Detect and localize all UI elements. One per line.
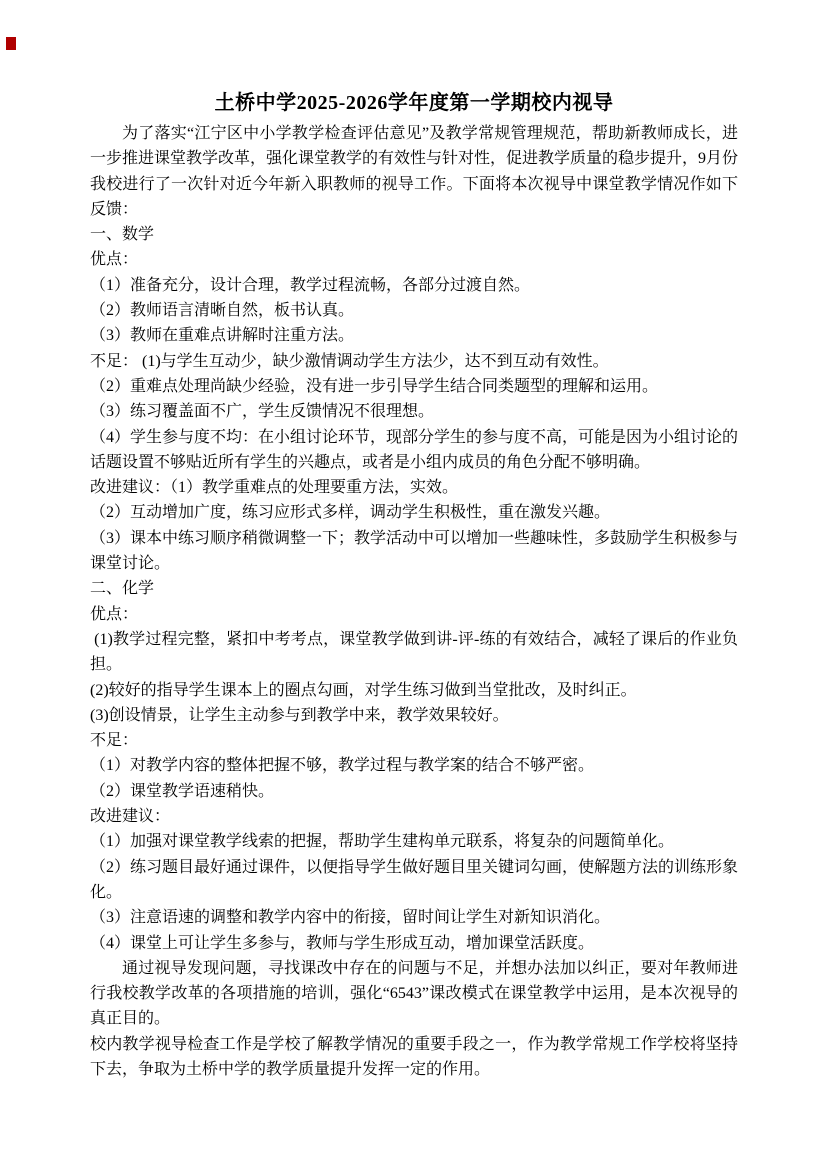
paragraph: 二、化学 bbox=[90, 576, 738, 601]
paragraph: 优点： bbox=[90, 602, 738, 627]
paragraph: 一、数学 bbox=[90, 222, 738, 247]
paragraph: 校内教学视导检查工作是学校了解教学情况的重要手段之一，作为教学常规工作学校将坚持… bbox=[90, 1032, 738, 1083]
document-body: 为了落实“江宁区中小学教学检查评估意见”及教学常规管理规范，帮助新教师成长，进一… bbox=[90, 121, 738, 1082]
paragraph: 改进建议：（1）教学重难点的处理要重方法，实效。 bbox=[90, 475, 738, 500]
paragraph: （4）学生参与度不均：在小组讨论环节，现部分学生的参与度不高，可能是因为小组讨论… bbox=[90, 425, 738, 476]
paragraph: 不足： bbox=[90, 728, 738, 753]
paragraph: (3)创设情景，让学生主动参与到教学中来，教学效果较好。 bbox=[90, 703, 738, 728]
paragraph: （4）课堂上可让学生多参与，教师与学生形成互动，增加课堂活跃度。 bbox=[90, 931, 738, 956]
paragraph: （2）教师语言清晰自然，板书认真。 bbox=[90, 298, 738, 323]
paragraph: （3）教师在重难点讲解时注重方法。 bbox=[90, 323, 738, 348]
paragraph: 通过视导发现问题，寻找课改中存在的问题与不足，并想办法加以纠正，要对年教师进行我… bbox=[90, 956, 738, 1032]
paragraph: （3）练习覆盖面不广，学生反馈情况不很理想。 bbox=[90, 399, 738, 424]
document-title: 土桥中学2025-2026学年度第一学期校内视导 bbox=[90, 90, 738, 117]
paragraph: （1）准备充分，设计合理，教学过程流畅，各部分过渡自然。 bbox=[90, 273, 738, 298]
paragraph: (2)较好的指导学生课本上的圈点勾画，对学生练习做到当堂批改，及时纠正。 bbox=[90, 678, 738, 703]
paragraph: （3）注意语速的调整和教学内容中的衔接，留时间让学生对新知识消化。 bbox=[90, 905, 738, 930]
paragraph: 为了落实“江宁区中小学教学检查评估意见”及教学常规管理规范，帮助新教师成长，进一… bbox=[90, 121, 738, 222]
paragraph: （3）课本中练习顺序稍微调整一下；教学活动中可以增加一些趣味性，多鼓励学生积极参… bbox=[90, 526, 738, 577]
paragraph: （1）对教学内容的整体把握不够，教学过程与教学案的结合不够严密。 bbox=[90, 753, 738, 778]
paragraph: （2）互动增加广度，练习应形式多样，调动学生积极性，重在激发兴趣。 bbox=[90, 500, 738, 525]
paragraph: (1)教学过程完整，紧扣中考考点，课堂教学做到讲-评-练的有效结合，减轻了课后的… bbox=[90, 627, 738, 678]
paragraph: 不足： (1)与学生互动少，缺少激情调动学生方法少，达不到互动有效性。 bbox=[90, 349, 738, 374]
paragraph: 优点： bbox=[90, 247, 738, 272]
paragraph: （2）课堂教学语速稍快。 bbox=[90, 779, 738, 804]
corner-mark bbox=[6, 37, 16, 50]
paragraph: （1）加强对课堂教学线索的把握，帮助学生建构单元联系，将复杂的问题简单化。 bbox=[90, 829, 738, 854]
paragraph: 改进建议： bbox=[90, 804, 738, 829]
document-page: 土桥中学2025-2026学年度第一学期校内视导 为了落实“江宁区中小学教学检查… bbox=[0, 0, 827, 1170]
document-content: 土桥中学2025-2026学年度第一学期校内视导 为了落实“江宁区中小学教学检查… bbox=[90, 90, 738, 1082]
paragraph: （2）重难点处理尚缺少经验，没有进一步引导学生结合同类题型的理解和运用。 bbox=[90, 374, 738, 399]
paragraph: （2）练习题目最好通过课件，以便指导学生做好题目里关键词勾画，使解题方法的训练形… bbox=[90, 855, 738, 906]
